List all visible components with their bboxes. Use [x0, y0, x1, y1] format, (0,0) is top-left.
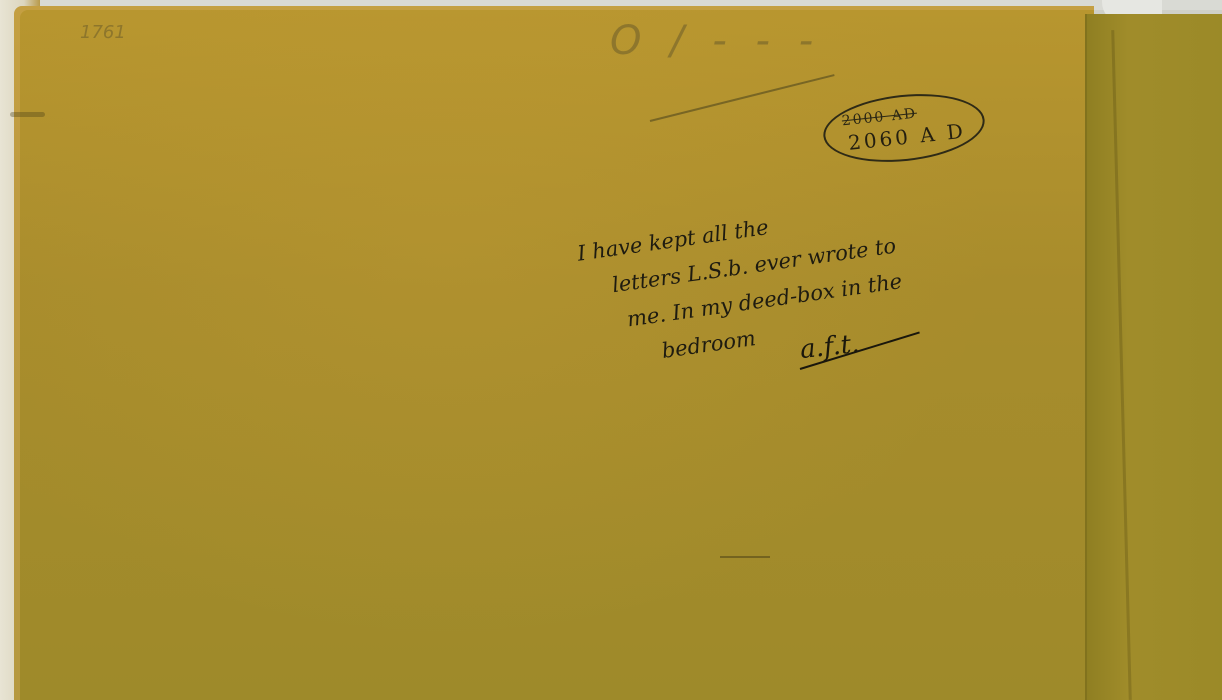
left-edge-mark — [10, 112, 45, 117]
pencil-mark-top-left: 1761 — [80, 22, 126, 43]
cover-flap — [1085, 14, 1222, 700]
pencil-mark-top-center: O / - - - — [610, 18, 821, 64]
stray-dash-mark — [720, 556, 770, 558]
